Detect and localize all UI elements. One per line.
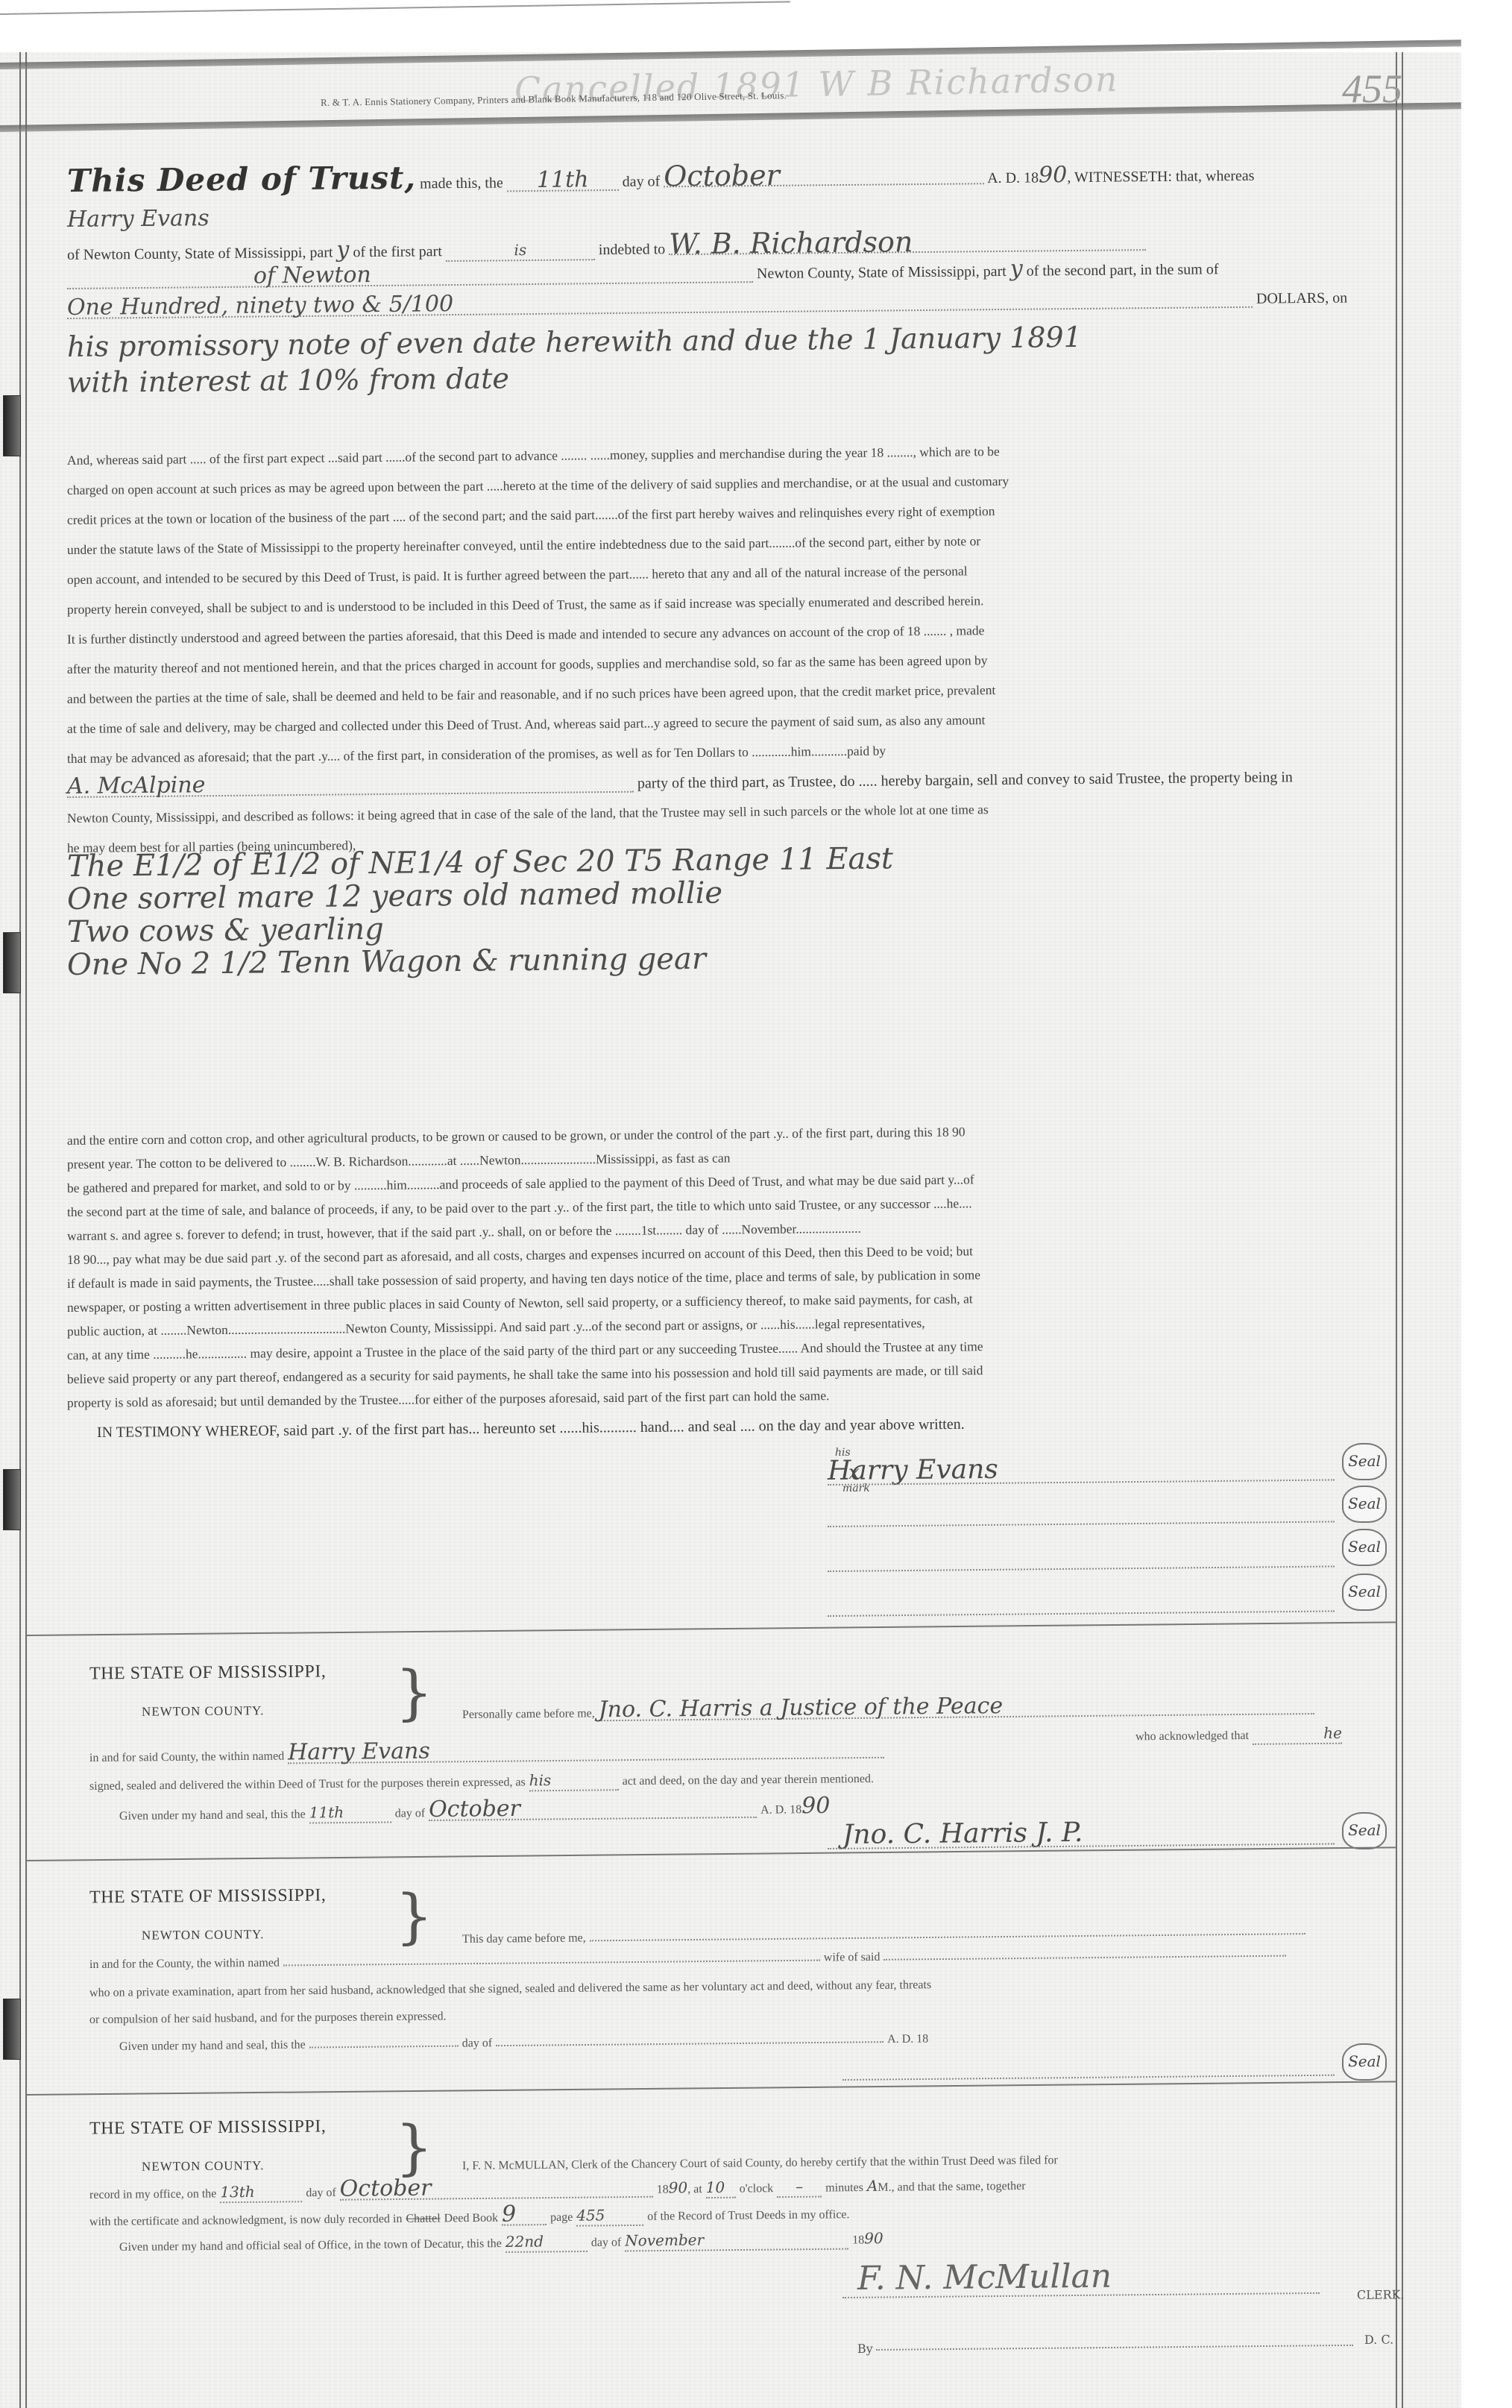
seal-icon: Seal [1342, 1574, 1387, 1611]
deed-title: This Deed of Trust, [67, 160, 417, 199]
binding-tab [3, 1469, 21, 1530]
binding-tab [3, 932, 21, 993]
right-margin-rule [1402, 52, 1403, 2408]
seal-icon: Seal [1342, 1486, 1387, 1523]
struck-word: Chattel [406, 2212, 440, 2225]
seal-icon: Seal [1342, 2043, 1387, 2081]
deed-book-number: 9 [502, 2204, 546, 2226]
ack-state-heading: THE STATE OF MISSISSIPPI, [89, 1662, 327, 1684]
binding-tab [3, 395, 21, 456]
brace-icon: } [395, 2118, 433, 2178]
grantor-name: Harry Evans [67, 205, 210, 233]
wife-ack-county-heading: NEWTON COUNTY. [142, 1927, 265, 1943]
scan-sheet-edge [0, 1, 790, 15]
creditor-name: W. B. Richardson [669, 230, 1146, 255]
ack-named-party: Harry Evans [288, 1738, 884, 1764]
grantor-x-mark: x [848, 1462, 860, 1484]
clerk-state-heading: THE STATE OF MISSISSIPPI, [89, 2116, 327, 2139]
seal-icon: Seal [1342, 1812, 1387, 1849]
seal-icon: Seal [1342, 1443, 1387, 1480]
brace-icon: } [395, 1887, 433, 1946]
clerk-county-heading: NEWTON COUNTY. [142, 2158, 265, 2175]
seal-icon: Seal [1342, 1529, 1387, 1566]
deed-year-field: 90 [1039, 162, 1068, 188]
deed-month-field: October [664, 163, 984, 187]
brace-icon: } [395, 1663, 433, 1723]
trustee-name: A. McAlpine [67, 772, 634, 798]
left-margin-rule [25, 52, 27, 2408]
binding-tab [3, 1999, 21, 2060]
ack-officer: Jno. C. Harris a Justice of the Peace [599, 1694, 1314, 1721]
clerk-signature: F. N. McMullan [857, 2257, 1112, 2298]
deed-day-field: 11th [507, 170, 619, 192]
record-page-number: 455 [576, 2205, 643, 2227]
page-number: 455 [1342, 66, 1402, 112]
ack-county-heading: NEWTON COUNTY. [142, 1703, 265, 1720]
wife-ack-state-heading: THE STATE OF MISSISSIPPI, [89, 1885, 327, 1908]
